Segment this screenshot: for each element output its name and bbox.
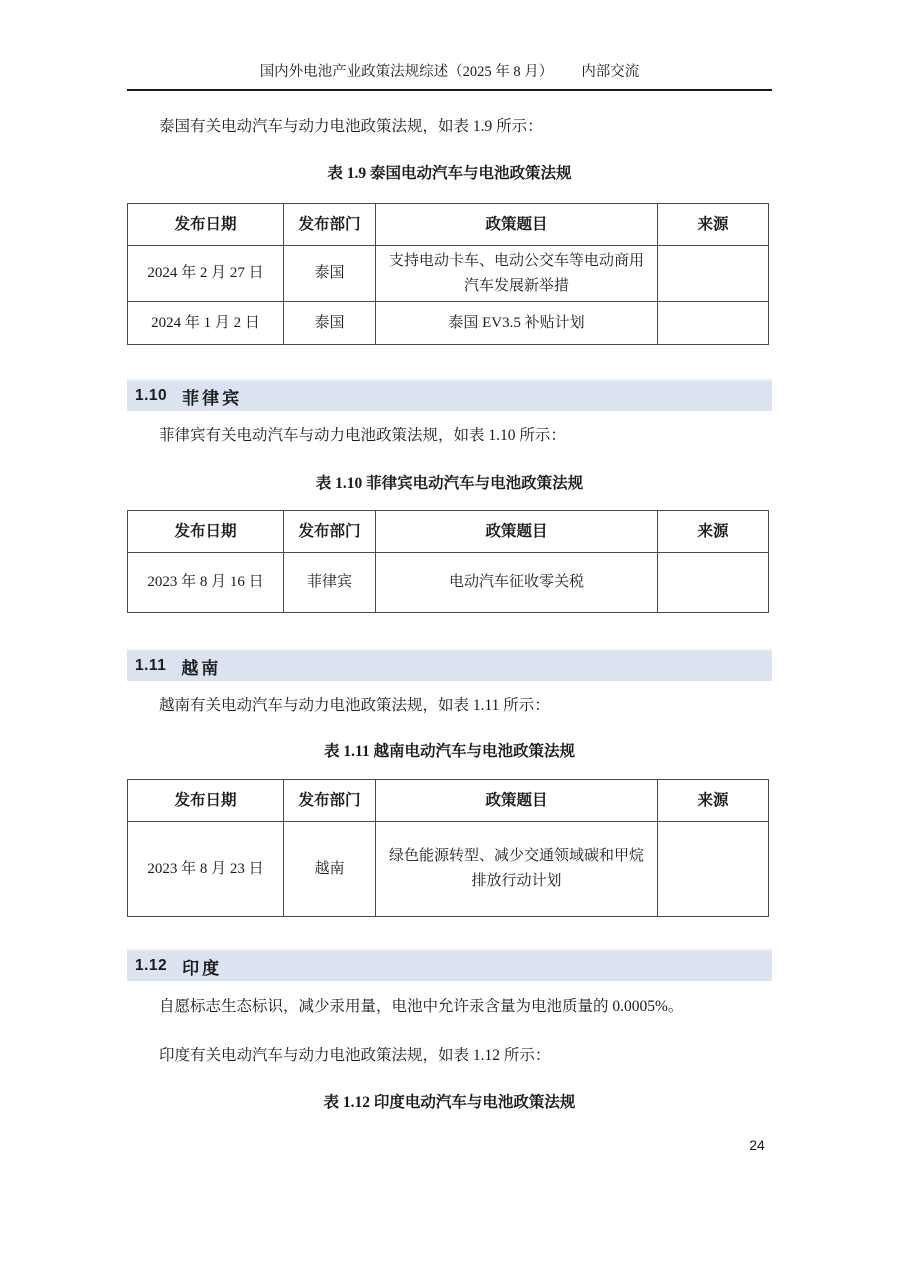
- running-header: 国内外电池产业政策法规综述（2025 年 8 月）内部交流: [127, 62, 772, 91]
- cell-source: [658, 302, 769, 345]
- column-header-publish-date: 发布日期: [128, 204, 284, 246]
- cell-policy-title: 支持电动卡车、电动公交车等电动商用汽车发展新举措: [376, 246, 658, 302]
- india-mercury-paragraph: 自愿标志生态标识，减少汞用量，电池中允许汞含量为电池质量的 0.0005%。: [127, 996, 772, 1017]
- cell-publish-date: 2024 年 1 月 2 日: [128, 302, 284, 345]
- table-1-9-thailand: 发布日期 发布部门 政策题目 来源 2024 年 2 月 27 日 泰国 支持电…: [127, 203, 769, 345]
- vietnam-intro-paragraph: 越南有关电动汽车与动力电池政策法规，如表 1.11 所示：: [127, 695, 772, 716]
- running-header-subtitle: 内部交流: [581, 64, 639, 80]
- section-title: 印度: [182, 954, 222, 979]
- section-heading-india: 1.12 印度: [127, 949, 772, 981]
- page-content: 国内外电池产业政策法规综述（2025 年 8 月）内部交流 泰国有关电动汽车与动…: [127, 0, 772, 1113]
- india-intro-paragraph: 印度有关电动汽车与动力电池政策法规，如表 1.12 所示：: [127, 1045, 772, 1066]
- cell-source: [658, 822, 769, 917]
- cell-publish-date: 2024 年 2 月 27 日: [128, 246, 284, 302]
- table-1-11-vietnam: 发布日期 发布部门 政策题目 来源 2023 年 8 月 23 日 越南 绿色能…: [127, 779, 769, 917]
- philippines-intro-paragraph: 菲律宾有关电动汽车与动力电池政策法规，如表 1.10 所示：: [127, 425, 772, 446]
- document-page: { "header": { "title": "国内外电池产业政策法规综述（20…: [0, 0, 904, 1277]
- column-header-source: 来源: [658, 204, 769, 246]
- table-row: 2024 年 2 月 27 日 泰国 支持电动卡车、电动公交车等电动商用汽车发展…: [128, 246, 769, 302]
- column-header-policy-title: 政策题目: [376, 204, 658, 246]
- table-1-10-philippines: 发布日期 发布部门 政策题目 来源 2023 年 8 月 16 日 菲律宾 电动…: [127, 510, 769, 613]
- column-header-policy-title: 政策题目: [376, 511, 658, 553]
- running-header-title: 国内外电池产业政策法规综述（2025 年 8 月）: [260, 64, 554, 80]
- column-header-policy-title: 政策题目: [376, 780, 658, 822]
- cell-source: [658, 246, 769, 302]
- cell-source: [658, 553, 769, 613]
- table-header-row: 发布日期 发布部门 政策题目 来源: [128, 511, 769, 553]
- table-header-row: 发布日期 发布部门 政策题目 来源: [128, 204, 769, 246]
- table-1-10-caption: 表 1.10 菲律宾电动汽车与电池政策法规: [127, 473, 772, 494]
- column-header-publish-date: 发布日期: [128, 780, 284, 822]
- thailand-intro-paragraph: 泰国有关电动汽车与动力电池政策法规，如表 1.9 所示：: [127, 116, 772, 137]
- table-row: 2023 年 8 月 23 日 越南 绿色能源转型、减少交通领域碳和甲烷排放行动…: [128, 822, 769, 917]
- table-1-9-caption: 表 1.9 泰国电动汽车与电池政策法规: [127, 163, 772, 184]
- column-header-publish-dept: 发布部门: [284, 780, 376, 822]
- section-number: 1.10: [135, 387, 167, 405]
- column-header-source: 来源: [658, 780, 769, 822]
- table-header-row: 发布日期 发布部门 政策题目 来源: [128, 780, 769, 822]
- cell-publish-dept: 菲律宾: [284, 553, 376, 613]
- table-1-11-caption: 表 1.11 越南电动汽车与电池政策法规: [127, 741, 772, 762]
- cell-policy-title: 泰国 EV3.5 补贴计划: [376, 302, 658, 345]
- column-header-publish-date: 发布日期: [128, 511, 284, 553]
- cell-publish-dept: 泰国: [284, 302, 376, 345]
- section-number: 1.11: [135, 657, 166, 675]
- column-header-source: 来源: [658, 511, 769, 553]
- section-title: 菲律宾: [182, 384, 242, 409]
- page-number: 24: [747, 1137, 767, 1153]
- column-header-publish-dept: 发布部门: [284, 204, 376, 246]
- table-row: 2024 年 1 月 2 日 泰国 泰国 EV3.5 补贴计划: [128, 302, 769, 345]
- cell-publish-dept: 越南: [284, 822, 376, 917]
- cell-policy-title: 绿色能源转型、减少交通领域碳和甲烷排放行动计划: [376, 822, 658, 917]
- cell-publish-dept: 泰国: [284, 246, 376, 302]
- column-header-publish-dept: 发布部门: [284, 511, 376, 553]
- section-heading-philippines: 1.10 菲律宾: [127, 379, 772, 411]
- section-number: 1.12: [135, 957, 167, 975]
- cell-publish-date: 2023 年 8 月 23 日: [128, 822, 284, 917]
- table-1-12-caption: 表 1.12 印度电动汽车与电池政策法规: [127, 1092, 772, 1113]
- section-heading-vietnam: 1.11 越南: [127, 649, 772, 681]
- cell-policy-title: 电动汽车征收零关税: [376, 553, 658, 613]
- table-row: 2023 年 8 月 16 日 菲律宾 电动汽车征收零关税: [128, 553, 769, 613]
- section-title: 越南: [181, 654, 221, 679]
- cell-publish-date: 2023 年 8 月 16 日: [128, 553, 284, 613]
